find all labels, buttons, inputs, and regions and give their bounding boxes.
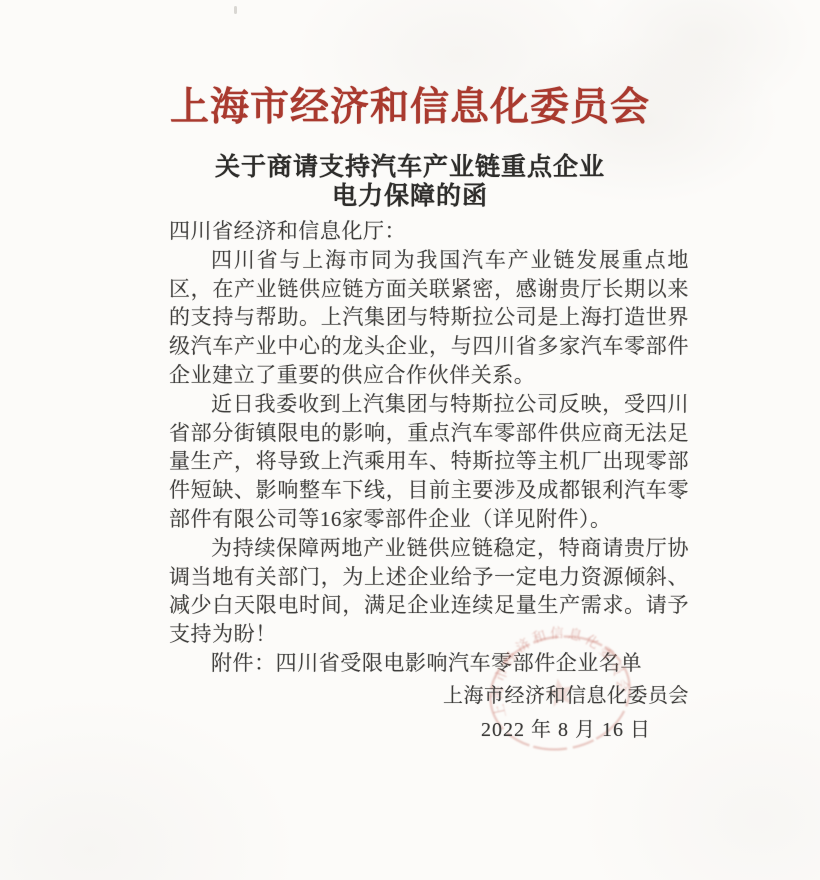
letterhead-org-name: 上海市经济和信息化委员会 <box>0 76 820 132</box>
paragraph-1: 四川省与上海市同为我国汽车产业链发展重点地区，在产业链供应链方面关联紧密，感谢贵… <box>169 246 689 390</box>
document-title-line1: 关于商请支持汽车产业链重点企业 <box>0 153 820 182</box>
paragraph-2: 近日我委收到上汽集团与特斯拉公司反映，受四川省部分街镇限电的影响，重点汽车零部件… <box>169 390 689 534</box>
document-title-line2: 电力保障的函 <box>0 182 820 211</box>
letter-body: 四川省经济和信息化厅： 四川省与上海市同为我国汽车产业链发展重点地区，在产业链供… <box>169 217 689 678</box>
scan-artifact <box>234 6 237 14</box>
salutation: 四川省经济和信息化厅： <box>169 217 689 246</box>
document-page: 上海市经济和信息化委员会 关于商请支持汽车产业链重点企业 电力保障的函 四川省经… <box>0 0 820 880</box>
signature-date: 2022 年 8 月 16 日 <box>430 713 702 742</box>
signature-block: 上海市经济和信息化委员会 2022 年 8 月 16 日 <box>430 679 702 742</box>
signature-org: 上海市经济和信息化委员会 <box>430 679 702 708</box>
document-title: 关于商请支持汽车产业链重点企业 电力保障的函 <box>0 153 820 211</box>
